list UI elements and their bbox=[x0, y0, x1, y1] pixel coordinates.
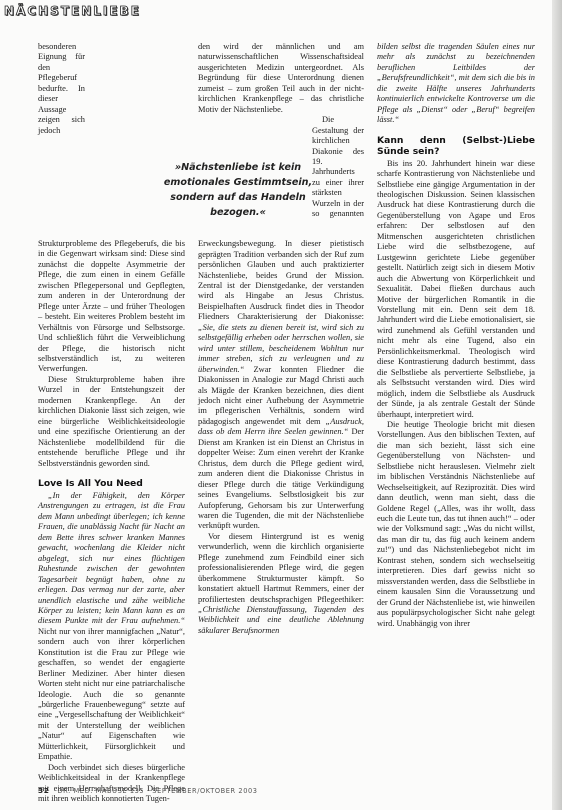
article-column-1: besonderen Eignung für den Pflegeberuf b… bbox=[38, 42, 185, 805]
text-run: Der Dienst am Kranken ist ein Dienst an … bbox=[198, 427, 364, 530]
paragraph: Bis ins 20. Jahrhundert hinein war diese… bbox=[377, 159, 535, 420]
paragraph: Doch verbindet sich dieses bürgerliche W… bbox=[38, 763, 185, 805]
paragraph: den wird der männlichen und am naturwiss… bbox=[198, 42, 364, 115]
paragraph: Vor diesem Hintergrund ist es wenig verw… bbox=[198, 532, 364, 637]
paragraph: Diese Strukturprobleme haben ihre Wurzel… bbox=[38, 375, 185, 469]
pull-quote: »Nächstenliebe ist kein emotionales Gest… bbox=[155, 160, 321, 220]
page-edge-shadow bbox=[552, 0, 562, 810]
publication-info: DR. MED. MABUSE 135 · SEPTEMBER/OKTOBER … bbox=[58, 787, 258, 795]
quote-italic: „In der Fähigkeit, den Körper Anstrengun… bbox=[38, 491, 185, 625]
article-column-3: bilden selbst die tragenden Säulen eines… bbox=[377, 42, 535, 629]
subheading: Love Is All You Need bbox=[38, 478, 185, 489]
subheading: Kann denn (Selbst-)Liebe Sünde sein? bbox=[377, 135, 535, 157]
quote-italic: „Christliche Dienstauffassung, Tugenden … bbox=[198, 605, 364, 635]
paragraph: „In der Fähigkeit, den Körper Anstrengun… bbox=[38, 491, 185, 763]
page-number: 32 bbox=[38, 786, 50, 795]
magazine-page: NÄCHSTENLIEBE besonderen Eignung für den… bbox=[0, 0, 552, 810]
text-run: Nicht nur von ihrer mannigfachen „Natur“… bbox=[38, 627, 185, 761]
page-footer: 32DR. MED. MABUSE 135 · SEPTEMBER/OKTOBE… bbox=[38, 786, 258, 795]
article-column-2: den wird der männlichen und am naturwiss… bbox=[198, 42, 364, 636]
text-run: Vor diesem Hintergrund ist es wenig verw… bbox=[198, 532, 364, 604]
paragraph: bilden selbst die tragenden Säulen eines… bbox=[377, 42, 535, 126]
section-tag: NÄCHSTENLIEBE bbox=[4, 4, 141, 18]
paragraph: Die heutige Theologie bricht mit diesen … bbox=[377, 420, 535, 629]
